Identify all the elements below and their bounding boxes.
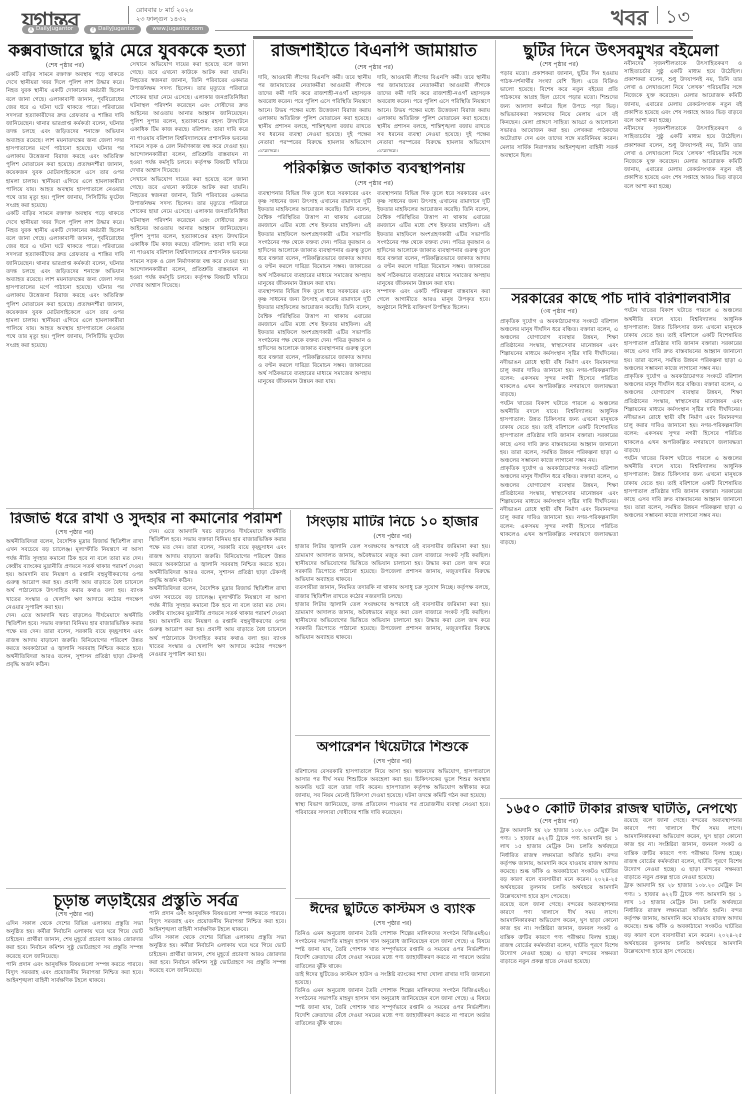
headline: সিংড়ায় মাটির নিচে ১০ হাজার — [295, 515, 490, 530]
headline: ১৬৫০ কোটি টাকার রাজস্ব ঘাটতি, নেপথ্যে — [500, 802, 742, 817]
article-coxsbazar-murder: কক্সবাজারে ছুরি মেরে যুবককে হত্যা (শেষ প… — [6, 42, 248, 497]
headline: কক্সবাজারে ছুরি মেরে যুবককে হত্যা — [6, 42, 248, 61]
article-divider — [500, 288, 742, 289]
article-divider — [500, 798, 742, 799]
headline: সরকারের কাছে পাঁচ দাবি বরিশালবাসীর — [500, 292, 742, 307]
article-barishal-demands: সরকারের কাছে পাঁচ দাবি বরিশালবাসীর (৩য় … — [500, 292, 742, 792]
social-x-link[interactable]: X DailyJugantor — [22, 25, 79, 34]
masthead: যুগান্তর রোববার ৮ মার্চ ২০২৬ ২৩ ফাল্গুন … — [0, 0, 748, 36]
article-column: (শেষ পৃষ্ঠার পর) একটি বাড়ির সামনে রক্তা… — [6, 61, 124, 491]
article-column: দেন। এতে আমদানি খরচ বাড়লেও দীর্ঘমেয়াদে… — [149, 528, 286, 878]
article-column: দাবি, আওয়ামী লীগের বিএনপি কর্মী। তবে স্… — [377, 74, 490, 152]
article-eid-customs-bank: ঈদের ছুটিতে কাস্টমস ও ব্যাংক (শেষ পৃষ্ঠা… — [295, 902, 490, 1094]
article-divider — [258, 155, 490, 156]
logo-divider — [128, 6, 129, 24]
article-divider — [295, 735, 490, 736]
date-gregorian: রোববার ৮ মার্চ ২০২৬ — [136, 6, 193, 15]
article-column: ব্যবস্থাপনার বিভিন্ন দিক তুলে ধরে সরকারে… — [377, 190, 490, 501]
date-bengali: ২৩ ফাল্গুন ১৪৩২ — [136, 15, 193, 24]
continued-label: (শেষ পৃষ্ঠার পর) — [6, 529, 143, 537]
article-operation-theatre-child: অপারেশন থিয়েটারে শিশুকে (শেষ পৃষ্ঠার পর… — [295, 740, 490, 895]
headline: পরিকল্পিত জাকাত ব্যবস্থাপনায় — [258, 160, 490, 177]
article-column: হাজার লিটার জ্বালানি তেল সংরক্ষণের অপরাধ… — [295, 543, 490, 730]
continued-label: (শেষ পৃষ্ঠার পর) — [295, 756, 490, 767]
article-revenue-deficit: ১৬৫০ কোটি টাকার রাজস্ব ঘাটতি, নেপথ্যে (শ… — [500, 802, 742, 1094]
headline: রিজার্ভ ধরে রাখা ও সুদহার না কমানোর পরাম… — [6, 512, 286, 528]
continued-label: (শেষ পৃষ্ঠার পর) — [6, 911, 143, 919]
continued-label: (শেষ পৃষ্ঠার পর) — [500, 61, 618, 69]
article-divider — [6, 508, 493, 509]
article-divider — [6, 888, 286, 889]
continued-label: (শেষ পৃষ্ঠার পর) — [258, 62, 490, 73]
article-column: নবীনদের সৃজনশীলতাকে উৎসাহিতকরণ ও সাহিত্য… — [624, 60, 742, 280]
page-number: ১৩ — [665, 3, 690, 35]
article-rajshahi-bnp-jamaat: রাজশাহীতে বিএনপি জামায়াত (শেষ পৃষ্ঠার প… — [258, 42, 490, 152]
article-column: দাবি, আওয়ামী লীগের বিএনপি কর্মী। তবে স্… — [258, 74, 371, 152]
facebook-icon: f — [90, 27, 96, 33]
article-column: (শেষ পৃষ্ঠার পর) এদিন সকাল থেকে দেশের বি… — [6, 910, 143, 1090]
column-divider — [290, 510, 291, 1094]
continued-label: (শেষ পৃষ্ঠার পর) — [295, 918, 490, 929]
article-column: (শেষ পৃষ্ঠার পর) অর্থনীতিবিদরা বলেন, বৈদ… — [6, 528, 143, 878]
continued-label: (শেষ পৃষ্ঠার পর) — [6, 62, 124, 70]
article-column: সেখানে অভিযোগ দায়ের করা হয়েছে বলে জানা… — [130, 61, 248, 491]
article-column: পানি প্রদান এবং আনুষঙ্গিক বিষয়গুলো সম্প… — [149, 910, 286, 1090]
column-divider — [495, 40, 496, 1094]
newspaper-logo: যুগান্তর — [22, 4, 79, 41]
page-divider — [657, 6, 658, 24]
article-column: ব্যবস্থাপনার বিভিন্ন দিক তুলে ধরে সরকারে… — [258, 190, 371, 501]
article-column: (শেষ পৃষ্ঠার পর) ট্রাক আমদানি হয় ২৮ হাজ… — [500, 817, 618, 1087]
column-divider — [253, 40, 254, 510]
headline: চূড়ান্ত লড়াইয়ের প্রস্তুতি সর্বত্র — [6, 892, 286, 910]
article-column: তিনিও এমন অনুরোধ জানান তৈরি পোশাক শিল্পে… — [295, 930, 490, 1094]
social-links: X DailyJugantor f DailyJugantor www.juga… — [22, 25, 209, 34]
social-x-label: DailyJugantor — [36, 26, 73, 33]
article-column: (শেষ পৃষ্ঠার পর) পড়ার মতো। প্রকাশকরা জা… — [500, 60, 618, 280]
continued-label: (শেষ পৃষ্ঠার পর) — [295, 531, 490, 542]
continued-label: (শেষ পৃষ্ঠার পর) — [258, 178, 490, 189]
social-facebook-label: DailyJugantor — [98, 26, 135, 33]
website-link[interactable]: www.jugantor.com — [146, 25, 209, 34]
article-book-fair: ছুটির দিনে উৎসবমুখর বইমেলা (শেষ পৃষ্ঠার … — [500, 42, 742, 282]
headline: ছুটির দিনে উৎসবমুখর বইমেলা — [500, 42, 742, 60]
headline: ঈদের ছুটিতে কাস্টমস ও ব্যাংক — [295, 902, 490, 917]
top-frame-rule — [253, 36, 693, 39]
article-zakat-management: পরিকল্পিত জাকাত ব্যবস্থাপনায় (শেষ পৃষ্ঠ… — [258, 160, 490, 500]
section-title: খবর — [611, 2, 648, 37]
headline: অপারেশন থিয়েটারে শিশুকে — [295, 740, 490, 755]
article-column: পর্যটন খাতের বিকাশ ঘটাতে পারলে এ অঞ্চলের… — [624, 307, 742, 787]
headline: রাজশাহীতে বিএনপি জামায়াত — [258, 42, 490, 61]
article-singra-underground-fuel: সিংড়ায় মাটির নিচে ১০ হাজার (শেষ পৃষ্ঠা… — [295, 515, 490, 730]
x-icon: X — [28, 27, 34, 33]
edition-date: রোববার ৮ মার্চ ২০২৬ ২৩ ফাল্গুন ১৪৩২ — [136, 6, 193, 24]
article-reserve-interest-advice: রিজার্ভ ধরে রাখা ও সুদহার না কমানোর পরাম… — [6, 512, 286, 882]
article-divider — [295, 898, 490, 899]
continued-label: (শেষ পৃষ্ঠার পর) — [500, 818, 618, 826]
article-column: বরিশালের বেসরকারি হাসপাতালে নিয়ে আসা হয… — [295, 768, 490, 895]
article-column: রয়েছে বলে জানা গেছে। বন্দরের অব্যবস্থাপ… — [624, 817, 742, 1087]
website-label: www.jugantor.com — [152, 26, 203, 33]
continued-label: (৩য় পৃষ্ঠার পর) — [500, 308, 618, 316]
article-final-fight-preparation: চূড়ান্ত লড়াইয়ের প্রস্তুতি সর্বত্র (শে… — [6, 892, 286, 1094]
social-facebook-link[interactable]: f DailyJugantor — [84, 25, 141, 34]
article-column: (৩য় পৃষ্ঠার পর) প্রাকৃতিক দুর্যোগ ও অবক… — [500, 307, 618, 787]
